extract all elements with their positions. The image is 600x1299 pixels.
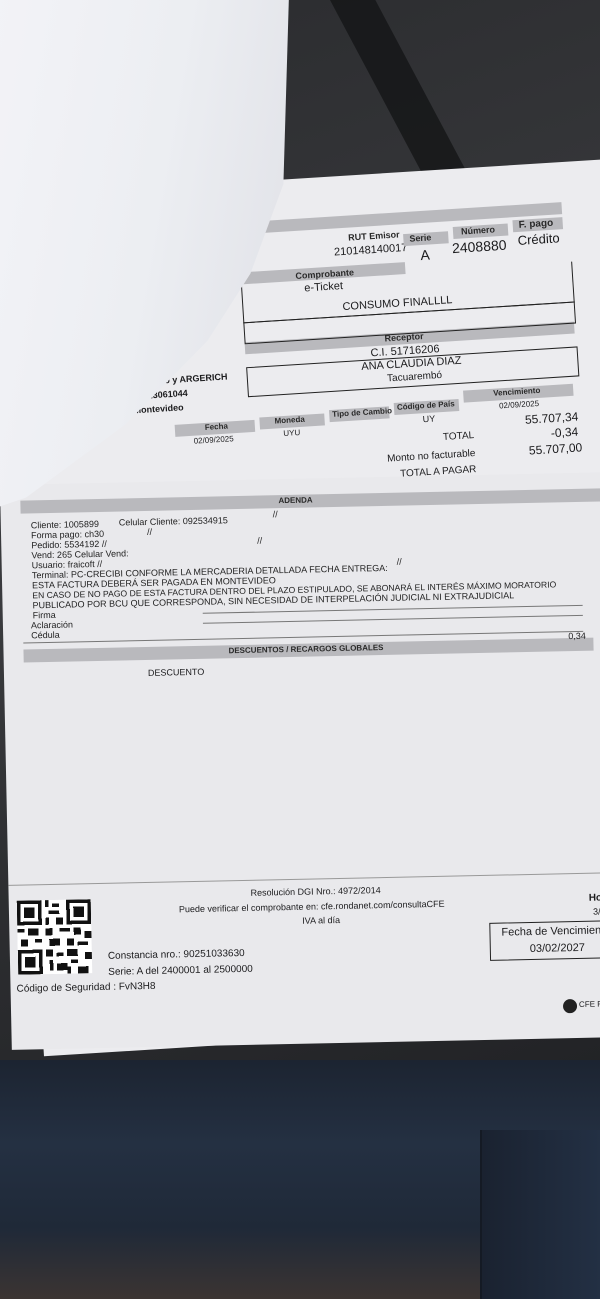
serie-value: A — [420, 247, 430, 264]
adenda-cedula: Cédula — [31, 630, 60, 642]
no-facturable-value: -0,34 — [550, 425, 578, 441]
hoja-value: 3/3 — [593, 906, 600, 916]
fecha-vencimiento-label: Fecha de Vencimiento — [501, 924, 600, 938]
verificar-text[interactable]: Puede verificar el comprobante en: cfe.r… — [179, 899, 445, 915]
iva-text: IVA al día — [302, 915, 340, 926]
f-pago-value: Crédito — [517, 230, 560, 248]
f-pago-label: F. pago — [518, 218, 553, 231]
fecha-vencimiento-value: 03/02/2027 — [530, 942, 585, 955]
rut-emisor-value: 210148140017 — [334, 242, 408, 259]
descuento-value: 0,34 — [568, 631, 586, 641]
footer-divider — [8, 872, 600, 886]
moneda-label: Moneda — [274, 415, 305, 426]
invoice-sheet-lower: ADENDA Cliente: 1005899 Celular Cliente:… — [0, 472, 600, 1050]
resolucion-dgi: Resolución DGI Nro.: 4972/2014 — [250, 885, 380, 898]
fecha-value: 02/09/2025 — [193, 434, 234, 445]
cfe-brand: CFE Ron — [579, 999, 600, 1009]
hoja-label: Hoja — [589, 892, 600, 903]
adenda-slash-2: // — [147, 527, 152, 538]
serie-rango: Serie: A del 2400001 al 2500000 — [108, 964, 253, 978]
adenda-slash-3: // — [257, 536, 262, 547]
adenda-slash-1: // — [273, 509, 278, 520]
fabric-fold — [480, 1130, 600, 1299]
aclaracion-line — [203, 615, 583, 624]
vencimiento-value: 02/09/2025 — [499, 399, 540, 410]
qr-code[interactable] — [17, 899, 93, 975]
numero-value: 2408880 — [452, 237, 507, 256]
descuento-label: DESCUENTO — [148, 667, 205, 678]
codigo-seguridad: Código de Seguridad : FvN3H8 — [16, 981, 155, 995]
fecha-label: Fecha — [205, 422, 229, 432]
cfe-logo-icon — [563, 999, 577, 1013]
total-pagar-value: 55.707,00 — [528, 440, 582, 457]
no-facturable-label: Monto no facturable — [387, 448, 476, 465]
constancia: Constancia nro.: 90251033630 — [108, 948, 245, 962]
serie-label: Serie — [409, 232, 432, 243]
adenda-celular-cliente: Celular Cliente: 092534915 — [119, 515, 228, 528]
numero-label: Número — [461, 224, 496, 236]
adenda-label: ADENDA — [278, 495, 312, 505]
adenda-slash-4: // — [397, 557, 402, 568]
rut-emisor-label: RUT Emisor — [348, 229, 400, 242]
moneda-value: UYU — [283, 428, 300, 438]
total-label: TOTAL — [443, 430, 475, 443]
codigo-pais-value: UY — [422, 413, 435, 424]
